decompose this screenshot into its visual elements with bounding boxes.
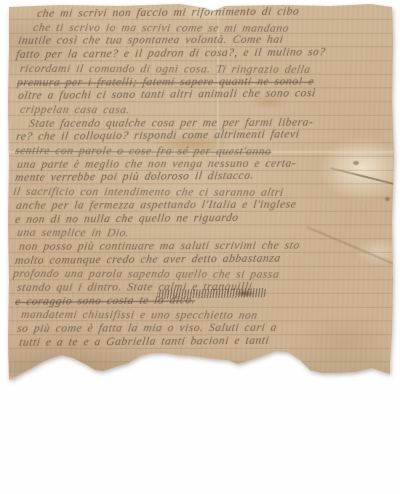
scribbled-out-words bbox=[157, 288, 267, 299]
handwriting-line: fatto per la carne? e il padron di cosa?… bbox=[15, 46, 391, 63]
photo-background: che mi scrivi non faccio mi rifornimento… bbox=[0, 0, 400, 494]
handwriting-line: che mi scrivi non faccio mi rifornimento… bbox=[36, 5, 391, 22]
torn-letter-paper: che mi scrivi non faccio mi rifornimento… bbox=[7, 4, 394, 382]
letter-paper-wrapper: che mi scrivi non faccio mi rifornimento… bbox=[7, 4, 394, 382]
handwriting-line: e non di no nulla che quello ne riguardo bbox=[14, 210, 391, 227]
handwriting-line: oltre a fuochi ci sono tanti altri anima… bbox=[17, 87, 391, 104]
handwriting-line: re? che il colloquio? rispondi come altr… bbox=[15, 128, 391, 145]
torn-edge-shading bbox=[7, 348, 394, 382]
handwriting-line: mente verrebbe poi più doloroso il dista… bbox=[14, 169, 391, 186]
handwriting-line: molto comunque credo che aver detto abba… bbox=[14, 251, 391, 268]
handwriting-text-block: che mi scrivi non faccio mi rifornimento… bbox=[7, 4, 394, 382]
